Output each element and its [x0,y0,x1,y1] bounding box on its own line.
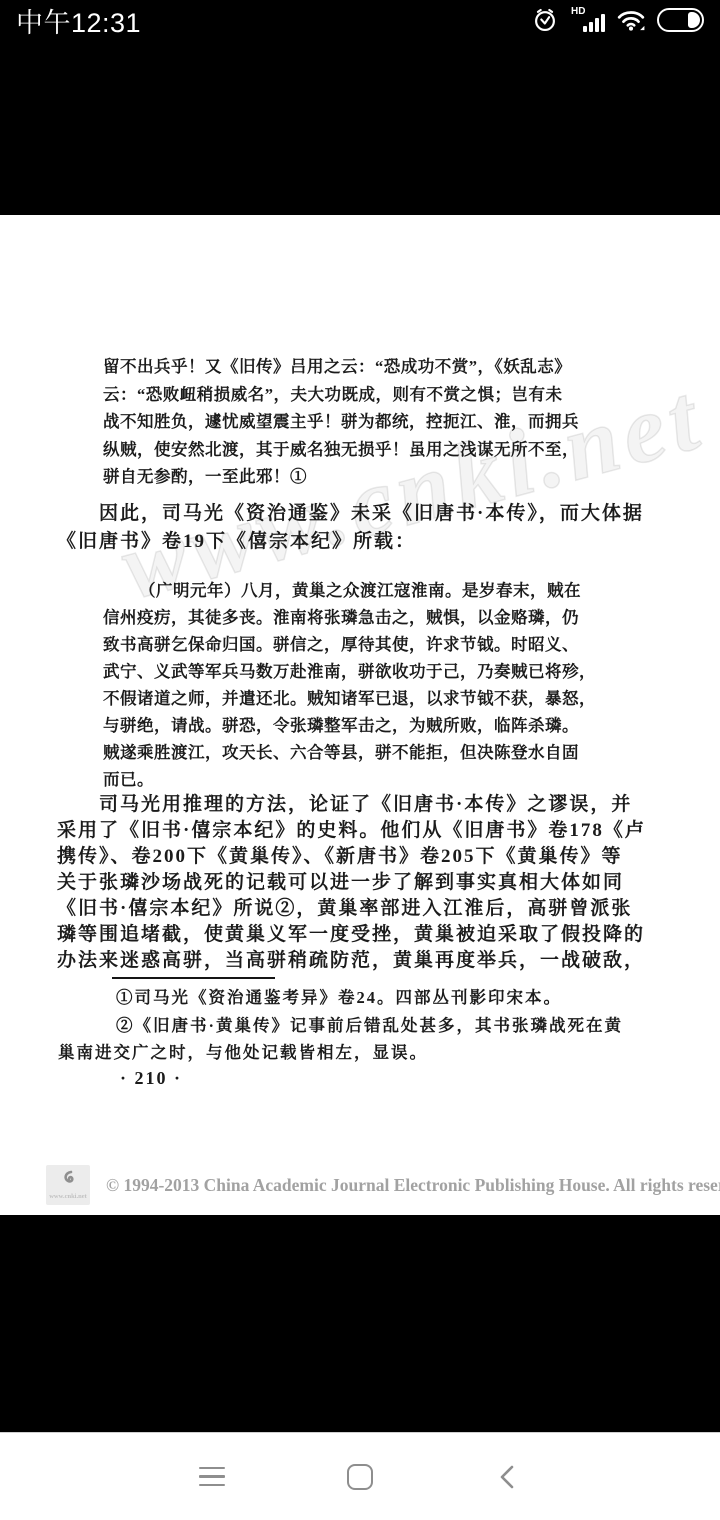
recents-icon [199,1467,225,1486]
footnote-line: ②《旧唐书·黄巢传》记事前后错乱处甚多，其书张璘战死在黄 [58,1012,623,1040]
signal-bars-icon: HD [569,7,605,34]
footnote-separator [112,977,275,979]
home-button[interactable] [338,1455,382,1499]
body-line: 携传》、卷200下《黄巢传》、《新唐书》卷205下《黄巢传》等 [57,844,646,870]
navigation-bar [0,1432,720,1520]
scan-quote-block-2: （广明元年）八月，黄巢之众渡江寇淮南。是岁春末，贼在 信州疫疠，其徒多丧。淮南将… [103,577,596,793]
cnki-logo: www.cnki.net [46,1165,90,1205]
phone-screen: 中午12:31 HD [0,0,720,1520]
wifi-icon [616,7,646,33]
body-line: 办法来迷惑高骈，当高骈稍疏防范，黄巢再度举兵，一战破敌， [57,948,646,974]
cnki-swirl-icon [58,1170,78,1192]
scan-paragraph-1: 因此，司马光《资治通鉴》未采《旧唐书·本传》，而大体据 《旧唐书》卷19下《僖宗… [57,500,644,556]
home-icon [347,1464,373,1490]
quote-line: 武宁、义武等军兵马数万赴淮南，骈欲收功于己，乃奏贼已将殄， [103,658,596,685]
clock-time: 中午12:31 [16,1,141,40]
quote-line: 战不知胜负，遽忧威望震主乎！骈为都统，控扼江、淮，而拥兵 [103,408,579,436]
body-line: 璘等围追堵截，使黄巢义军一度受挫，黄巢被迫采取了假投降的 [57,922,646,948]
scan-quote-block-1: 留不出兵乎！又《旧传》吕用之云：“恐成功不赏”，《妖乱志》 云：“恐败衄稍损威名… [103,353,579,491]
quote-line: 与骈绝，请战。骈恐，令张璘整军击之，为贼所败，临阵杀璘。 [103,712,596,739]
signal-bars [583,14,605,32]
quote-line: 而已。 [103,766,596,793]
footnote-line: 巢南进交广之时，与他处记载皆相左，显误。 [58,1039,623,1067]
body-line: 《旧唐书》卷19下《僖宗本纪》所载： [57,528,644,556]
quote-line: 骈自无参酌，一至此邪！① [103,463,579,491]
footnote-line: ①司马光《资治通鉴考异》卷24。四部丛刊影印宋本。 [58,984,623,1012]
quote-line: 信州疫疠，其徒多丧。淮南将张璘急击之，贼惧，以金赂璘，仍 [103,604,596,631]
cnki-logo-caption: www.cnki.net [49,1193,87,1200]
battery-icon [657,8,704,32]
footnotes: ①司马光《资治通鉴考异》卷24。四部丛刊影印宋本。 ②《旧唐书·黄巢传》记事前后… [58,984,623,1067]
body-line: 《旧书·僖宗本纪》所说②，黄巢率部进入江淮后，高骈曾派张 [57,896,646,922]
back-button[interactable] [486,1455,530,1499]
quote-line: 贼遂乘胜渡江，攻天长、六合等县，骈不能拒，但决陈登水自固 [103,739,596,766]
document-page[interactable]: www.cnki.net 留不出兵乎！又《旧传》吕用之云：“恐成功不赏”，《妖乱… [0,215,720,1215]
recents-button[interactable] [190,1455,234,1499]
quote-line: 留不出兵乎！又《旧传》吕用之云：“恐成功不赏”，《妖乱志》 [103,353,579,381]
copyright-text: © 1994-2013 China Academic Journal Elect… [106,1175,720,1196]
status-icons: HD [532,7,704,34]
quote-line: 纵贼，使安然北渡，其于威名独无损乎！虽用之浅谋无所不至， [103,436,579,464]
alarm-icon [532,7,558,33]
scan-paragraph-2: 司马光用推理的方法，论证了《旧唐书·本传》之谬误，并 采用了《旧书·僖宗本纪》的… [57,792,646,974]
quote-line: 不假诸道之师，并遣还北。贼知诸军已退，以求节钺不获，暴怒， [103,685,596,712]
page-number: · 210 · [120,1068,182,1089]
body-line: 因此，司马光《资治通鉴》未采《旧唐书·本传》，而大体据 [57,500,644,528]
status-bar: 中午12:31 HD [0,0,720,40]
body-line: 司马光用推理的方法，论证了《旧唐书·本传》之谬误，并 [57,792,646,818]
quote-line: 致书高骈乞保命归国。骈信之，厚待其使，许求节钺。时昭义、 [103,631,596,658]
page-footer: www.cnki.net © 1994-2013 China Academic … [46,1161,720,1209]
quote-line: 云：“恐败衄稍损威名”，夫大功既成，则有不赏之惧；岂有未 [103,381,579,409]
body-line: 采用了《旧书·僖宗本纪》的史料。他们从《旧唐书》卷178《卢 [57,818,646,844]
back-icon [494,1463,522,1491]
quote-line: （广明元年）八月，黄巢之众渡江寇淮南。是岁春末，贼在 [103,577,596,604]
body-line: 关于张璘沙场战死的记载可以进一步了解到事实真相大体如同 [57,870,646,896]
